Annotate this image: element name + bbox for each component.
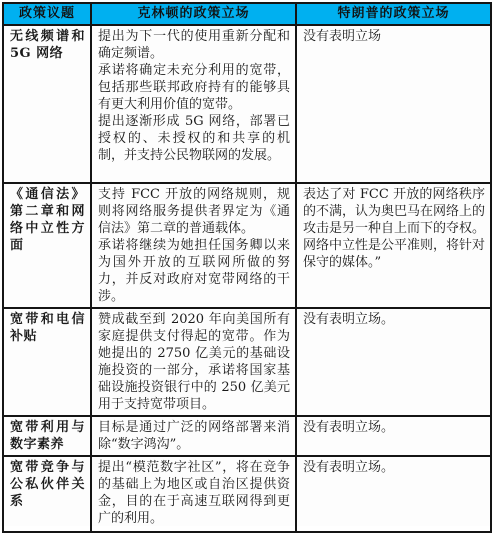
clinton-position-cell: 提出“模范数字社区”，将在竞争的基础上为地区或自治区提供资金，目的在于高速互联网… xyxy=(91,456,296,532)
issue-cell: 宽带利用与数字素养 xyxy=(3,416,91,456)
position-paragraph: 没有表明立场。 xyxy=(303,459,485,476)
issue-cell: 无线频谱和 5G 网络 xyxy=(3,25,91,183)
position-paragraph: 承诺将继续为她担任国务卿以来为国外开放的互联网所做的努力，并反对政府对宽带网络的… xyxy=(98,237,290,305)
table-header: 政策议题 克林顿的政策立场 特朗普的政策立场 xyxy=(3,3,491,25)
trump-position-cell: 表达了对 FCC 开放的网络秩序的不满，认为奥巴马在网络上的攻击是另一种自上而下… xyxy=(296,183,491,308)
column-header-clinton: 克林顿的政策立场 xyxy=(91,3,296,25)
clinton-position-cell: 支持 FCC 开放的网络规则，规则将网络服务提供者界定为《通信法》第二章的普通载… xyxy=(91,183,296,308)
table-row: 宽带利用与数字素养目标是通过广泛的网络部署来消除“数字鸿沟”。没有表明立场。 xyxy=(3,416,491,456)
position-paragraph: 没有表明立场。 xyxy=(303,419,485,436)
issue-cell: 宽带和电信补贴 xyxy=(3,308,91,416)
table-body: 无线频谱和 5G 网络提出为下一代的使用重新分配和确定频谱。承诺将确定未充分利用… xyxy=(3,25,491,532)
table-row: 宽带和电信补贴赞成截至到 2020 年向美国所有家庭提供支付得起的宽带。作为她提… xyxy=(3,308,491,416)
position-paragraph: 提出逐渐形成 5G 网络，部署已授权的、未授权的和共享的机制，并支持公民物联网的… xyxy=(98,113,290,164)
issue-cell: 《通信法》第二章和网络中立性方面 xyxy=(3,183,91,308)
column-header-issue: 政策议题 xyxy=(3,3,91,25)
position-paragraph: 赞成截至到 2020 年向美国所有家庭提供支付得起的宽带。作为她提出的 2750… xyxy=(98,311,290,413)
position-paragraph: 表达了对 FCC 开放的网络秩序的不满，认为奥巴马在网络上的攻击是另一种自上而下… xyxy=(303,186,485,271)
policy-comparison-table: 政策议题 克林顿的政策立场 特朗普的政策立场 无线频谱和 5G 网络提出为下一代… xyxy=(2,2,492,533)
position-paragraph: 提出“模范数字社区”，将在竞争的基础上为地区或自治区提供资金，目的在于高速互联网… xyxy=(98,459,290,527)
table-row: 《通信法》第二章和网络中立性方面支持 FCC 开放的网络规则，规则将网络服务提供… xyxy=(3,183,491,308)
page: 政策议题 克林顿的政策立场 特朗普的政策立场 无线频谱和 5G 网络提出为下一代… xyxy=(0,0,493,526)
table-row: 宽带竞争与公私伙伴关系提出“模范数字社区”，将在竞争的基础上为地区或自治区提供资… xyxy=(3,456,491,532)
table-row: 无线频谱和 5G 网络提出为下一代的使用重新分配和确定频谱。承诺将确定未充分利用… xyxy=(3,25,491,183)
position-paragraph: 提出为下一代的使用重新分配和确定频谱。 xyxy=(98,28,290,62)
position-paragraph: 没有表明立场。 xyxy=(303,311,485,328)
trump-position-cell: 没有表明立场 xyxy=(296,25,491,183)
issue-cell: 宽带竞争与公私伙伴关系 xyxy=(3,456,91,532)
clinton-position-cell: 赞成截至到 2020 年向美国所有家庭提供支付得起的宽带。作为她提出的 2750… xyxy=(91,308,296,416)
column-header-trump: 特朗普的政策立场 xyxy=(296,3,491,25)
position-paragraph: 支持 FCC 开放的网络规则，规则将网络服务提供者界定为《通信法》第二章的普通载… xyxy=(98,186,290,237)
clinton-position-cell: 目标是通过广泛的网络部署来消除“数字鸿沟”。 xyxy=(91,416,296,456)
trump-position-cell: 没有表明立场。 xyxy=(296,416,491,456)
position-paragraph: 目标是通过广泛的网络部署来消除“数字鸿沟”。 xyxy=(98,419,290,453)
clinton-position-cell: 提出为下一代的使用重新分配和确定频谱。承诺将确定未充分利用的宽带，包括那些联邦政… xyxy=(91,25,296,183)
position-paragraph: 没有表明立场 xyxy=(303,28,485,45)
position-paragraph: 承诺将确定未充分利用的宽带，包括那些联邦政府持有的能够具有更大利用价值的宽带。 xyxy=(98,62,290,113)
trump-position-cell: 没有表明立场。 xyxy=(296,308,491,416)
header-row: 政策议题 克林顿的政策立场 特朗普的政策立场 xyxy=(3,3,491,25)
trump-position-cell: 没有表明立场。 xyxy=(296,456,491,532)
